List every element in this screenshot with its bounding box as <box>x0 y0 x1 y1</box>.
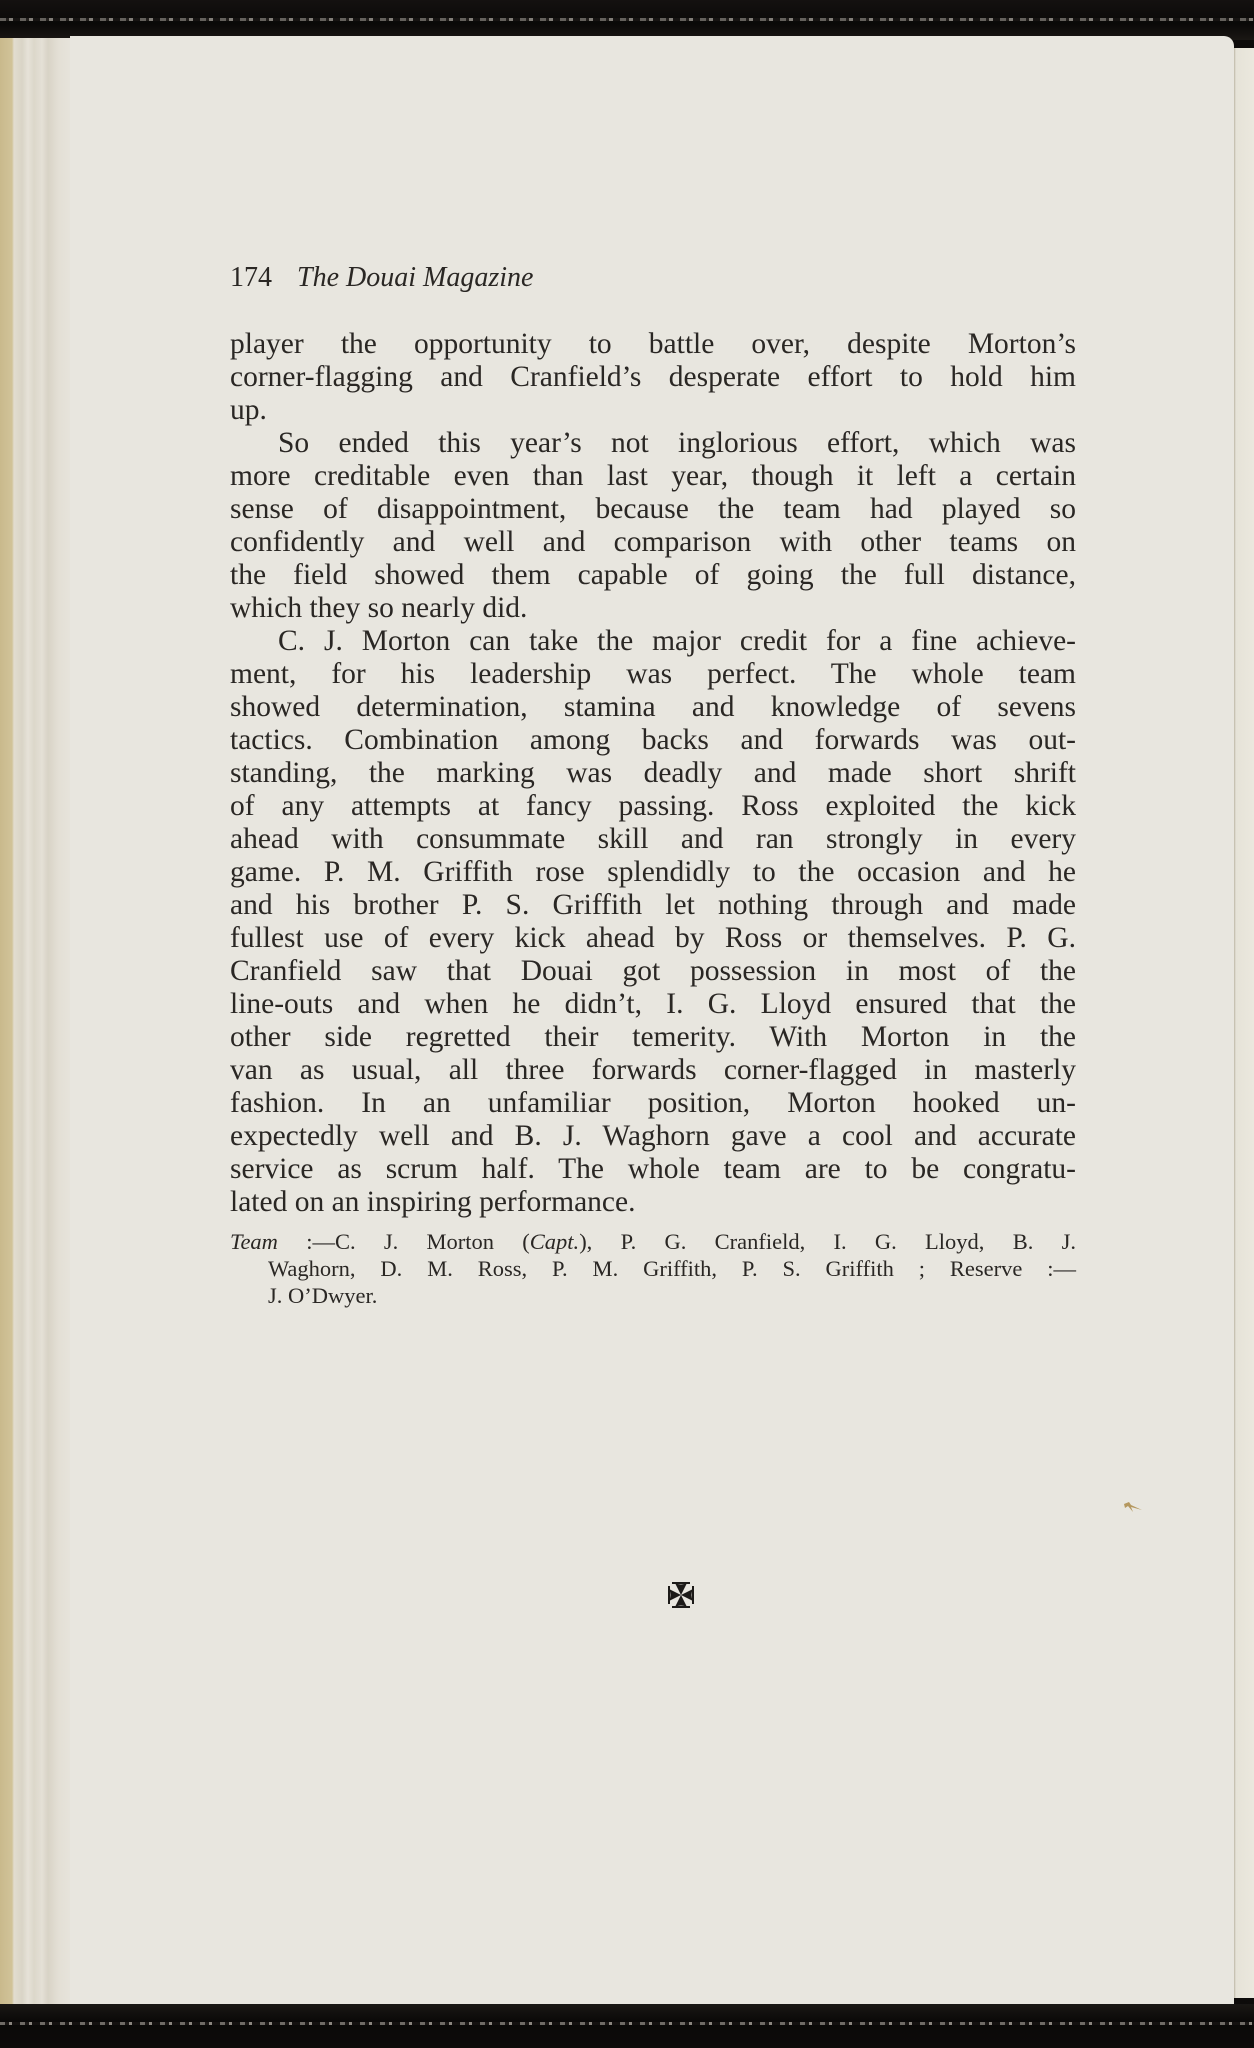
text-line: C. J. Morton can take the major credit f… <box>230 625 1076 658</box>
text-line: which they so nearly did. <box>230 592 1076 625</box>
running-head: 174 The Douai Magazine <box>230 262 533 294</box>
team-list: Team :—C. J. Morton (Capt.), P. G. Cranf… <box>230 1228 1076 1309</box>
text-line: sense of disappointment, because the tea… <box>230 493 1076 526</box>
text-line: So ended this year’s not inglorious effo… <box>230 427 1076 460</box>
text-line: ment, for his leadership was perfect. Th… <box>230 658 1076 691</box>
publication-title: The Douai Magazine <box>297 262 533 293</box>
paragraph: player the opportunity to battle over, d… <box>230 328 1076 427</box>
team-label: Team <box>230 1229 278 1254</box>
text-line: tactics. Combination among backs and for… <box>230 724 1076 757</box>
text-line: fullest use of every kick ahead by Ross … <box>230 922 1076 955</box>
facing-page-edge <box>1234 48 1254 1998</box>
paragraph: C. J. Morton can take the major credit f… <box>230 625 1076 1219</box>
text-line: standing, the marking was deadly and mad… <box>230 757 1076 790</box>
paragraph: So ended this year’s not inglorious effo… <box>230 427 1076 625</box>
captain-abbrev: Capt. <box>530 1229 579 1254</box>
book-cover-top <box>0 0 1254 40</box>
page-edges-stack <box>0 38 72 2006</box>
team-line-3: J. O’Dwyer. <box>230 1282 1076 1309</box>
article-body: player the opportunity to battle over, d… <box>230 328 1076 1219</box>
text-line: fashion. In an unfamiliar position, Mort… <box>230 1087 1076 1120</box>
text-line: showed determination, stamina and knowle… <box>230 691 1076 724</box>
text-line: van as usual, all three forwards corner-… <box>230 1054 1076 1087</box>
page-number: 174 <box>230 262 272 293</box>
text-line: more creditable even than last year, tho… <box>230 460 1076 493</box>
text-line: game. P. M. Griffith rose splendidly to … <box>230 856 1076 889</box>
text-line: expectedly well and B. J. Waghorn gave a… <box>230 1120 1076 1153</box>
text-line: corner-flagging and Cranfield’s desperat… <box>230 361 1076 394</box>
text-line: the field showed them capable of going t… <box>230 559 1076 592</box>
paper-speck <box>1122 1500 1144 1514</box>
text-line: up. <box>230 394 1076 427</box>
text-line: other side regretted their temerity. Wit… <box>230 1021 1076 1054</box>
text-line: lated on an inspiring performance. <box>230 1186 1076 1219</box>
text-line: service as scrum half. The whole team ar… <box>230 1153 1076 1186</box>
book-cover-bottom <box>0 2004 1254 2048</box>
team-line-1: Team :—C. J. Morton (Capt.), P. G. Cranf… <box>230 1228 1076 1255</box>
text-line: of any attempts at fancy passing. Ross e… <box>230 790 1076 823</box>
text-line: line-outs and when he didn’t, I. G. Lloy… <box>230 988 1076 1021</box>
text-line: player the opportunity to battle over, d… <box>230 328 1076 361</box>
text-line: confidently and well and comparison with… <box>230 526 1076 559</box>
text-line: and his brother P. S. Griffith let nothi… <box>230 889 1076 922</box>
text-line: Cranfield saw that Douai got possession … <box>230 955 1076 988</box>
team-line-2: Waghorn, D. M. Ross, P. M. Griffith, P. … <box>230 1255 1076 1282</box>
text-line: ahead with consummate skill and ran stro… <box>230 823 1076 856</box>
cross-pattee-ornament-icon <box>666 1580 696 1610</box>
